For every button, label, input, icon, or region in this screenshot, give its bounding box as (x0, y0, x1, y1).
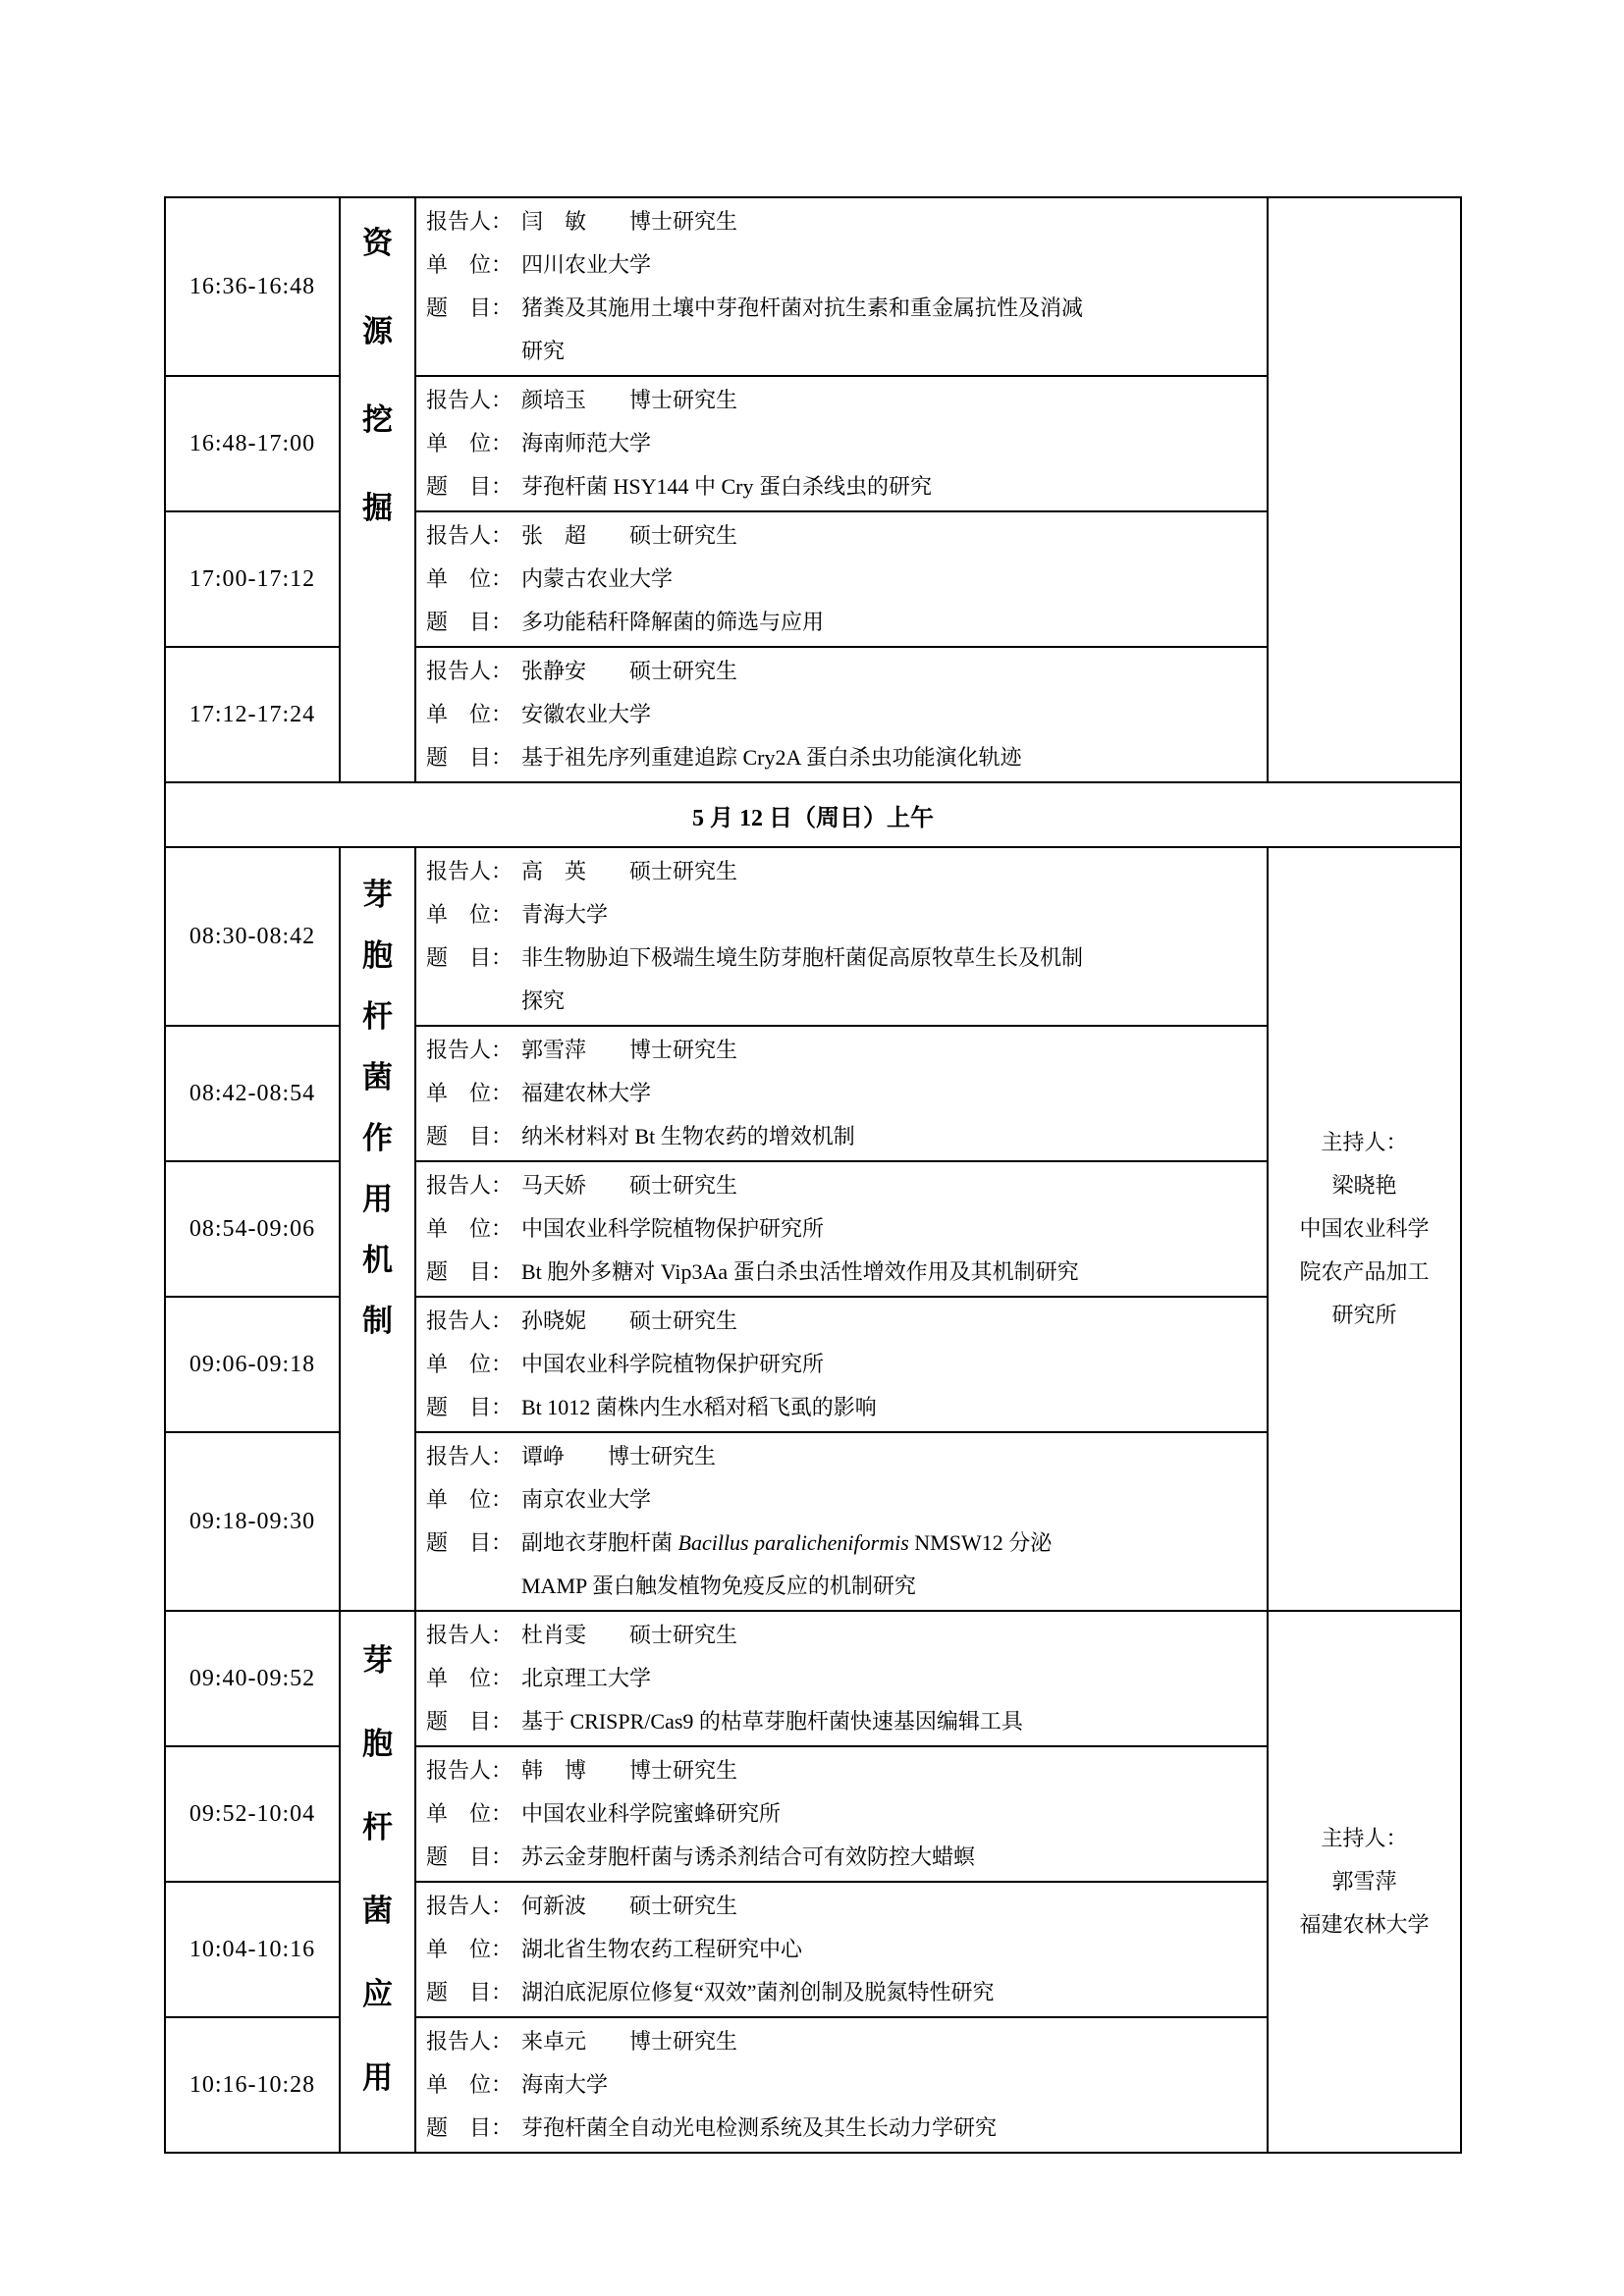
speaker-line: 报告人： 孙晓妮 硕士研究生 (426, 1300, 1257, 1343)
affiliation-value: 中国农业科学院植物保护研究所 (521, 1343, 1257, 1386)
speaker-line: 报告人： 张 超 硕士研究生 (426, 514, 1257, 558)
session-details: 报告人： 张 超 硕士研究生 单 位： 内蒙古农业大学 题 目： 多功能秸秆降解… (415, 511, 1268, 647)
title-label: 题 目： (426, 1700, 521, 1743)
title-value: 芽孢杆菌全自动光电检测系统及其生长动力学研究 (521, 2107, 1257, 2150)
host-cell (1268, 197, 1461, 782)
speaker-value: 高 英 硕士研究生 (521, 850, 1257, 893)
speaker-line: 报告人： 谭峥 博士研究生 (426, 1435, 1257, 1478)
session-details: 报告人： 谭峥 博士研究生 单 位： 南京农业大学 题 目： 副地衣芽胞杆菌 B… (415, 1432, 1268, 1611)
session-details: 报告人： 杜肖雯 硕士研究生 单 位： 北京理工大学 题 目： 基于 CRISP… (415, 1611, 1268, 1746)
title-line: 题 目： 基于 CRISPR/Cas9 的枯草芽胞杆菌快速基因编辑工具 (426, 1700, 1257, 1743)
affiliation-line: 单 位： 海南大学 (426, 2063, 1257, 2107)
affiliation-line: 单 位： 海南师范大学 (426, 422, 1257, 465)
title-line: 题 目： 副地衣芽胞杆菌 Bacillus paralicheniformis … (426, 1522, 1257, 1608)
speaker-value: 张 超 硕士研究生 (521, 514, 1257, 558)
session-details: 报告人： 来卓元 博士研究生 单 位： 海南大学 题 目： 芽孢杆菌全自动光电检… (415, 2017, 1268, 2153)
session-time: 10:16-10:28 (165, 2017, 340, 2153)
session-category-cell: 芽胞杆菌作用机制 (340, 847, 415, 1611)
title-value: 湖泊底泥原位修复“双效”菌剂创制及脱氮特性研究 (521, 1971, 1257, 2014)
speaker-value: 杜肖雯 硕士研究生 (521, 1614, 1257, 1657)
affiliation-label: 单 位： (426, 893, 521, 936)
speaker-line: 报告人： 颜培玉 博士研究生 (426, 379, 1257, 422)
speaker-label: 报告人： (426, 514, 521, 558)
session-row: 16:36-16:48 资源挖掘 报告人： 闫 敏 博士研究生 单 位： 四川农… (165, 197, 1461, 376)
affiliation-value: 青海大学 (521, 893, 1257, 936)
affiliation-value: 湖北省生物农药工程研究中心 (521, 1928, 1257, 1971)
affiliation-label: 单 位： (426, 558, 521, 601)
affiliation-label: 单 位： (426, 243, 521, 287)
category-label: 芽胞杆菌作用机制 (360, 849, 396, 1352)
speaker-value: 谭峥 博士研究生 (521, 1435, 1257, 1478)
speaker-label: 报告人： (426, 850, 521, 893)
affiliation-value: 福建农林大学 (521, 1072, 1257, 1115)
title-value: 纳米材料对 Bt 生物农药的增效机制 (521, 1115, 1257, 1158)
date-header-row: 5 月 12 日（周日）上午 (165, 782, 1461, 847)
title-value: Bt 胞外多糖对 Vip3Aa 蛋白杀虫活性增效作用及其机制研究 (521, 1251, 1257, 1294)
speaker-value: 何新波 硕士研究生 (521, 1885, 1257, 1928)
title-label: 题 目： (426, 1251, 521, 1294)
session-time: 08:42-08:54 (165, 1026, 340, 1161)
affiliation-value: 北京理工大学 (521, 1657, 1257, 1700)
title-value: 基于 CRISPR/Cas9 的枯草芽胞杆菌快速基因编辑工具 (521, 1700, 1257, 1743)
session-time: 17:00-17:12 (165, 511, 340, 647)
schedule-table: 16:36-16:48 资源挖掘 报告人： 闫 敏 博士研究生 单 位： 四川农… (164, 196, 1462, 2154)
session-details: 报告人： 张静安 硕士研究生 单 位： 安徽农业大学 题 目： 基于祖先序列重建… (415, 647, 1268, 782)
document-page: { "document": { "date_header": "5 月 12 日… (0, 0, 1624, 2296)
title-value: 猪粪及其施用土壤中芽孢杆菌对抗生素和重金属抗性及消减 研究 (521, 287, 1257, 373)
session-row: 09:40-09:52 芽胞杆菌应用 报告人： 杜肖雯 硕士研究生 单 位： 北… (165, 1611, 1461, 1746)
affiliation-label: 单 位： (426, 1072, 521, 1115)
speaker-label: 报告人： (426, 1885, 521, 1928)
speaker-value: 马天娇 硕士研究生 (521, 1164, 1257, 1207)
affiliation-value: 中国农业科学院植物保护研究所 (521, 1207, 1257, 1251)
speaker-label: 报告人： (426, 1749, 521, 1792)
session-time: 09:40-09:52 (165, 1611, 340, 1746)
title-label: 题 目： (426, 1386, 521, 1429)
title-label: 题 目： (426, 2107, 521, 2150)
title-label: 题 目： (426, 1115, 521, 1158)
speaker-value: 孙晓妮 硕士研究生 (521, 1300, 1257, 1343)
session-details: 报告人： 马天娇 硕士研究生 单 位： 中国农业科学院植物保护研究所 题 目： … (415, 1161, 1268, 1297)
category-label: 芽胞杆菌应用 (360, 1613, 396, 2119)
session-details: 报告人： 闫 敏 博士研究生 单 位： 四川农业大学 题 目： 猪粪及其施用土壤… (415, 197, 1268, 376)
session-time: 16:36-16:48 (165, 197, 340, 376)
affiliation-line: 单 位： 福建农林大学 (426, 1072, 1257, 1115)
speaker-line: 报告人： 杜肖雯 硕士研究生 (426, 1614, 1257, 1657)
title-line: 题 目： 芽孢杆菌全自动光电检测系统及其生长动力学研究 (426, 2107, 1257, 2150)
title-line: 题 目： 纳米材料对 Bt 生物农药的增效机制 (426, 1115, 1257, 1158)
speaker-line: 报告人： 韩 博 博士研究生 (426, 1749, 1257, 1792)
affiliation-value: 四川农业大学 (521, 243, 1257, 287)
schedule-sheet: 16:36-16:48 资源挖掘 报告人： 闫 敏 博士研究生 单 位： 四川农… (164, 196, 1460, 2154)
affiliation-value: 南京农业大学 (521, 1478, 1257, 1522)
session-category-cell: 资源挖掘 (340, 197, 415, 782)
title-label: 题 目： (426, 736, 521, 779)
affiliation-value: 中国农业科学院蜜蜂研究所 (521, 1792, 1257, 1836)
affiliation-label: 单 位： (426, 422, 521, 465)
session-time: 17:12-17:24 (165, 647, 340, 782)
title-label: 题 目： (426, 465, 521, 508)
affiliation-value: 海南大学 (521, 2063, 1257, 2107)
title-value: 苏云金芽胞杆菌与诱杀剂结合可有效防控大蜡螟 (521, 1836, 1257, 1879)
affiliation-label: 单 位： (426, 2063, 521, 2107)
session-time: 09:06-09:18 (165, 1297, 340, 1432)
session-time: 10:04-10:16 (165, 1882, 340, 2017)
speaker-line: 报告人： 高 英 硕士研究生 (426, 850, 1257, 893)
affiliation-value: 海南师范大学 (521, 422, 1257, 465)
affiliation-value: 安徽农业大学 (521, 693, 1257, 736)
affiliation-line: 单 位： 湖北省生物农药工程研究中心 (426, 1928, 1257, 1971)
session-time: 08:30-08:42 (165, 847, 340, 1026)
speaker-label: 报告人： (426, 1029, 521, 1072)
speaker-line: 报告人： 马天娇 硕士研究生 (426, 1164, 1257, 1207)
title-line: 题 目： 猪粪及其施用土壤中芽孢杆菌对抗生素和重金属抗性及消减 研究 (426, 287, 1257, 373)
affiliation-line: 单 位： 安徽农业大学 (426, 693, 1257, 736)
title-label: 题 目： (426, 287, 521, 373)
category-label: 资源挖掘 (360, 199, 396, 553)
title-label: 题 目： (426, 1836, 521, 1879)
affiliation-line: 单 位： 青海大学 (426, 893, 1257, 936)
affiliation-label: 单 位： (426, 1343, 521, 1386)
speaker-label: 报告人： (426, 1164, 521, 1207)
speaker-label: 报告人： (426, 2020, 521, 2063)
session-details: 报告人： 孙晓妮 硕士研究生 单 位： 中国农业科学院植物保护研究所 题 目： … (415, 1297, 1268, 1432)
affiliation-label: 单 位： (426, 693, 521, 736)
title-value: 芽孢杆菌 HSY144 中 Cry 蛋白杀线虫的研究 (521, 465, 1257, 508)
affiliation-line: 单 位： 内蒙古农业大学 (426, 558, 1257, 601)
title-label: 题 目： (426, 936, 521, 1023)
speaker-label: 报告人： (426, 1435, 521, 1478)
affiliation-line: 单 位： 南京农业大学 (426, 1478, 1257, 1522)
session-time: 09:18-09:30 (165, 1432, 340, 1611)
date-header: 5 月 12 日（周日）上午 (165, 782, 1461, 847)
title-line: 题 目： 湖泊底泥原位修复“双效”菌剂创制及脱氮特性研究 (426, 1971, 1257, 2014)
title-value: 非生物胁迫下极端生境生防芽胞杆菌促高原牧草生长及机制 探究 (521, 936, 1257, 1023)
speaker-value: 来卓元 博士研究生 (521, 2020, 1257, 2063)
session-time: 09:52-10:04 (165, 1746, 340, 1882)
speaker-label: 报告人： (426, 650, 521, 693)
title-line: 题 目： 基于祖先序列重建追踪 Cry2A 蛋白杀虫功能演化轨迹 (426, 736, 1257, 779)
session-details: 报告人： 郭雪萍 博士研究生 单 位： 福建农林大学 题 目： 纳米材料对 Bt… (415, 1026, 1268, 1161)
host-cell: 主持人： 梁晓艳 中国农业科学 院农产品加工 研究所 (1268, 847, 1461, 1611)
speaker-line: 报告人： 来卓元 博士研究生 (426, 2020, 1257, 2063)
speaker-value: 闫 敏 博士研究生 (521, 200, 1257, 243)
affiliation-line: 单 位： 中国农业科学院蜜蜂研究所 (426, 1792, 1257, 1836)
session-row: 08:30-08:42 芽胞杆菌作用机制 报告人： 高 英 硕士研究生 单 位：… (165, 847, 1461, 1026)
speaker-label: 报告人： (426, 379, 521, 422)
title-line: 题 目： 苏云金芽胞杆菌与诱杀剂结合可有效防控大蜡螟 (426, 1836, 1257, 1879)
speaker-label: 报告人： (426, 1300, 521, 1343)
title-line: 题 目： 多功能秸秆降解菌的筛选与应用 (426, 601, 1257, 644)
title-value: 多功能秸秆降解菌的筛选与应用 (521, 601, 1257, 644)
affiliation-line: 单 位： 中国农业科学院植物保护研究所 (426, 1343, 1257, 1386)
speaker-line: 报告人： 何新波 硕士研究生 (426, 1885, 1257, 1928)
speaker-line: 报告人： 张静安 硕士研究生 (426, 650, 1257, 693)
affiliation-label: 单 位： (426, 1478, 521, 1522)
title-label: 题 目： (426, 601, 521, 644)
affiliation-label: 单 位： (426, 1657, 521, 1700)
speaker-value: 韩 博 博士研究生 (521, 1749, 1257, 1792)
affiliation-label: 单 位： (426, 1207, 521, 1251)
speaker-value: 颜培玉 博士研究生 (521, 379, 1257, 422)
session-details: 报告人： 何新波 硕士研究生 单 位： 湖北省生物农药工程研究中心 题 目： 湖… (415, 1882, 1268, 2017)
session-category-cell: 芽胞杆菌应用 (340, 1611, 415, 2153)
speaker-value: 郭雪萍 博士研究生 (521, 1029, 1257, 1072)
session-time: 16:48-17:00 (165, 376, 340, 511)
affiliation-line: 单 位： 中国农业科学院植物保护研究所 (426, 1207, 1257, 1251)
session-details: 报告人： 高 英 硕士研究生 单 位： 青海大学 题 目： 非生物胁迫下极端生境… (415, 847, 1268, 1026)
title-label: 题 目： (426, 1971, 521, 2014)
speaker-label: 报告人： (426, 200, 521, 243)
affiliation-label: 单 位： (426, 1928, 521, 1971)
speaker-line: 报告人： 郭雪萍 博士研究生 (426, 1029, 1257, 1072)
affiliation-line: 单 位： 四川农业大学 (426, 243, 1257, 287)
title-value: Bt 1012 菌株内生水稻对稻飞虱的影响 (521, 1386, 1257, 1429)
affiliation-label: 单 位： (426, 1792, 521, 1836)
host-cell: 主持人： 郭雪萍 福建农林大学 (1268, 1611, 1461, 2153)
speaker-line: 报告人： 闫 敏 博士研究生 (426, 200, 1257, 243)
title-line: 题 目： 非生物胁迫下极端生境生防芽胞杆菌促高原牧草生长及机制 探究 (426, 936, 1257, 1023)
speaker-label: 报告人： (426, 1614, 521, 1657)
title-value: 基于祖先序列重建追踪 Cry2A 蛋白杀虫功能演化轨迹 (521, 736, 1257, 779)
title-line: 题 目： Bt 1012 菌株内生水稻对稻飞虱的影响 (426, 1386, 1257, 1429)
affiliation-line: 单 位： 北京理工大学 (426, 1657, 1257, 1700)
session-details: 报告人： 韩 博 博士研究生 单 位： 中国农业科学院蜜蜂研究所 题 目： 苏云… (415, 1746, 1268, 1882)
session-details: 报告人： 颜培玉 博士研究生 单 位： 海南师范大学 题 目： 芽孢杆菌 HSY… (415, 376, 1268, 511)
title-line: 题 目： Bt 胞外多糖对 Vip3Aa 蛋白杀虫活性增效作用及其机制研究 (426, 1251, 1257, 1294)
title-label: 题 目： (426, 1522, 521, 1608)
speaker-value: 张静安 硕士研究生 (521, 650, 1257, 693)
title-value: 副地衣芽胞杆菌 Bacillus paralicheniformis NMSW1… (521, 1522, 1257, 1608)
title-line: 题 目： 芽孢杆菌 HSY144 中 Cry 蛋白杀线虫的研究 (426, 465, 1257, 508)
session-time: 08:54-09:06 (165, 1161, 340, 1297)
affiliation-value: 内蒙古农业大学 (521, 558, 1257, 601)
